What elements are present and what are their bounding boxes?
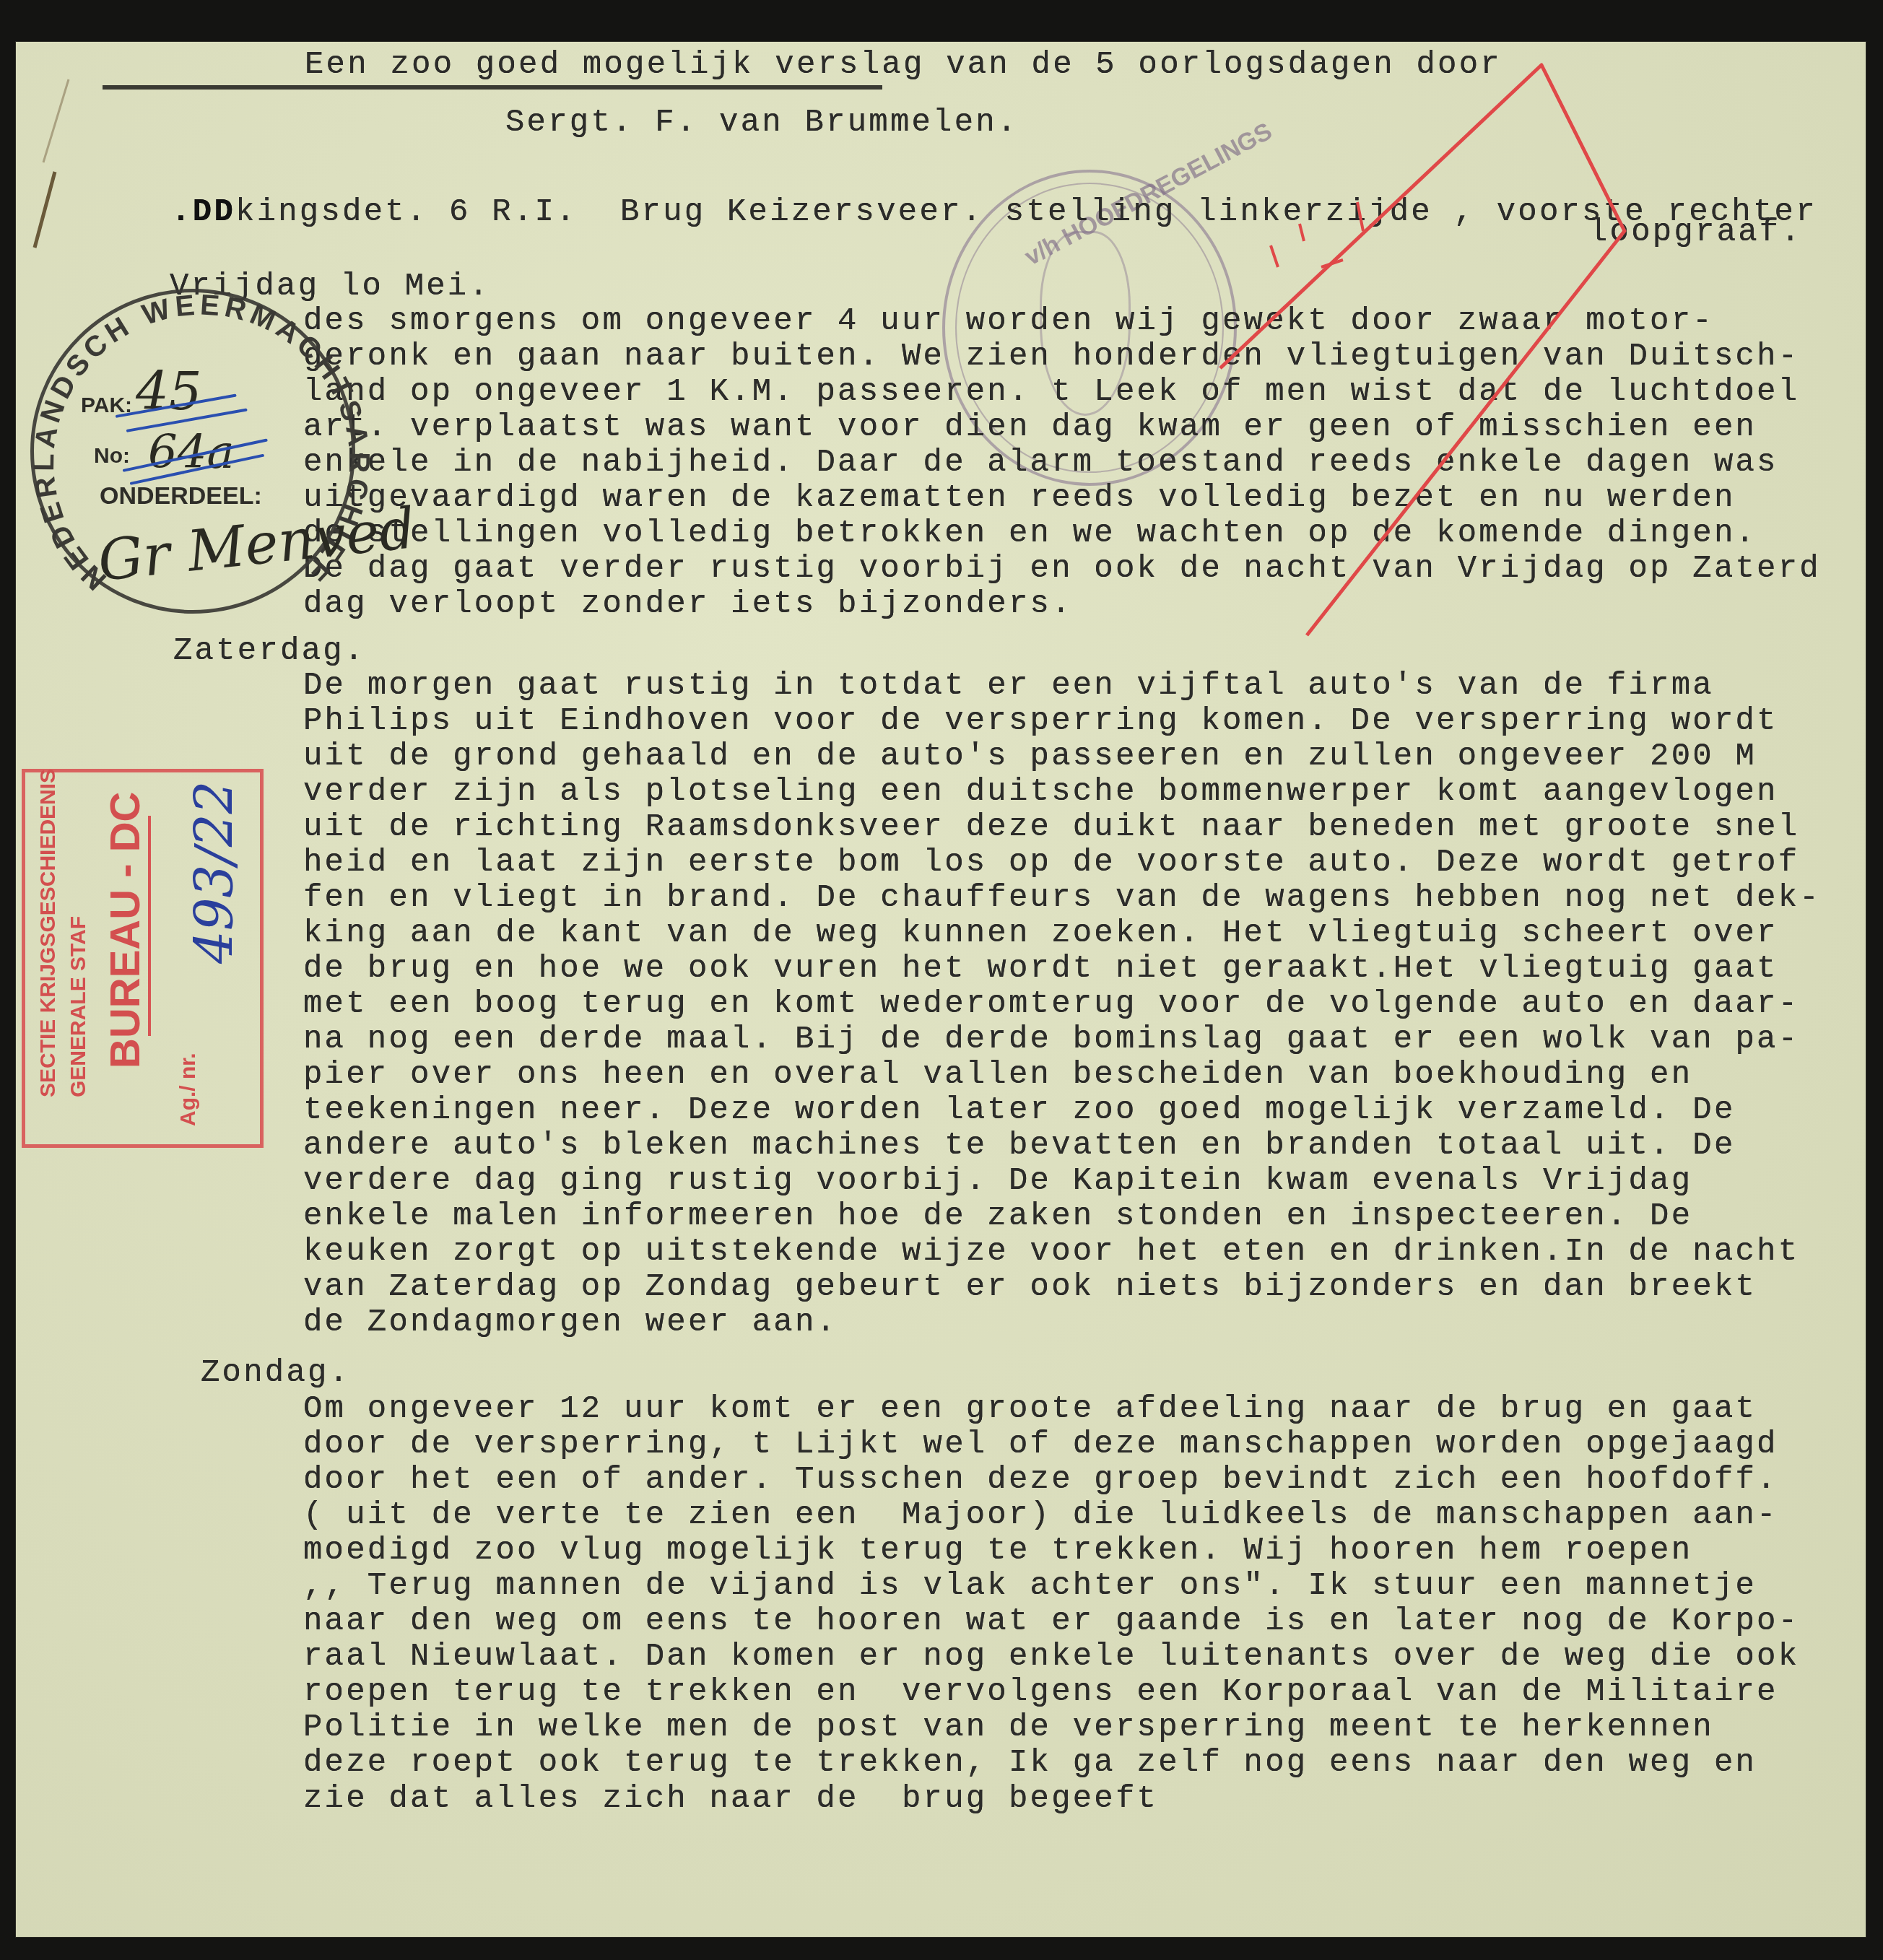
text-line: verdere dag ging rustig voorbij. De Kapi… [303, 1165, 1692, 1197]
bureau-stamp-line-3: BUREAU - DC [101, 792, 149, 1068]
text-line: ,, Terug mannen de vijand is vlak achter… [303, 1570, 1757, 1602]
text-line: heid en laat zijn eerste bom los op de v… [303, 847, 1799, 879]
text-line: de Zondagmorgen weer aan. [303, 1307, 838, 1338]
text-line: met een boog terug en komt wederomterug … [303, 988, 1799, 1020]
section-heading-zaterdag: Zaterdag. [173, 635, 365, 667]
stamp-field-no-label: No: [94, 444, 130, 469]
text-line: van Zaterdag op Zondag gebeurt er ook ni… [303, 1271, 1757, 1303]
top-edge-shadow [103, 85, 882, 90]
text-line: De dag gaat verder rustig voorbij en ook… [303, 553, 1821, 585]
text-line: Philips uit Eindhoven voor de versperrin… [303, 705, 1778, 737]
text-line: raal Nieuwlaat. Dan komen er nog enkele … [303, 1641, 1799, 1673]
text-line: enkele in de nabijheid. Daar de alarm to… [303, 447, 1778, 479]
unit-line: .DDkingsdet. 6 R.I. Brug Keizersveer. st… [129, 165, 1817, 228]
text-line: andere auto's bleken machines te bevatte… [303, 1130, 1736, 1162]
text-line: fen en vliegt in brand. De chauffeurs va… [303, 882, 1821, 914]
text-line: de brug en hoe we ook vuren het wordt ni… [303, 953, 1778, 985]
text-line: pier over ons heen en overal vallen besc… [303, 1059, 1692, 1091]
text-line: zie dat alles zich naar de brug begeeft [303, 1783, 1158, 1815]
unit-text: kingsdet. 6 R.I. Brug Keizersveer. stell… [235, 194, 1817, 230]
stamp-field-onderdeel-label: ONDERDEEL: [100, 482, 262, 510]
text-line: deze roept ook terug te trekken, Ik ga z… [303, 1747, 1757, 1779]
title-line-1: Een zoo goed mogelijk verslag van de 5 o… [305, 49, 1502, 81]
unit-prefix: .DD [171, 194, 235, 230]
text-line: teekeningen neer. Deze worden later zoo … [303, 1094, 1736, 1126]
title-line-2: Sergt. F. van Brummelen. [505, 107, 1019, 139]
bureau-stamp-line-1: SECTIE KRIJGSGESCHIEDENIS [36, 769, 61, 1097]
unit-line-2: loopgraaf. [1588, 217, 1802, 248]
text-line: des smorgens om ongeveer 4 uur worden wi… [303, 305, 1714, 337]
text-line: verder zijn als plotseling een duitsche … [303, 776, 1778, 808]
text-line: dag verloopt zonder iets bijzonders. [303, 588, 1073, 620]
text-line: geronk en gaan naar buiten. We zien hond… [303, 341, 1799, 373]
text-line: door de versperring, t Lijkt wel of deze… [303, 1429, 1778, 1460]
bureau-stamp-divider [148, 816, 151, 1036]
text-line: keuken zorgt op uitstekende wijze voor h… [303, 1236, 1799, 1268]
text-line: roepen terug te trekken en vervolgens ee… [303, 1676, 1778, 1708]
text-line: enkele malen informeeren hoe de zaken st… [303, 1201, 1692, 1232]
section-heading-zondag: Zondag. [201, 1357, 350, 1389]
text-line: na nog een derde maal. Bij de derde bomi… [303, 1024, 1799, 1055]
text-line: uit de richting Raamsdonksveer deze duik… [303, 811, 1799, 843]
text-line: Politie in welke men de post van de vers… [303, 1712, 1714, 1743]
text-line: king aan de kant van de weg kunnen zoeke… [303, 918, 1778, 949]
text-line: Om ongeveer 12 uur komt er een groote af… [303, 1393, 1757, 1425]
text-line: de stellingen volledig betrokken en we w… [303, 518, 1757, 549]
text-line: moedigd zoo vlug mogelijk terug te trekk… [303, 1535, 1692, 1567]
text-line: door het een of ander. Tusschen deze gro… [303, 1464, 1778, 1496]
bureau-stamp-handwritten-number: 493/22 [184, 781, 245, 964]
text-line: De morgen gaat rustig in totdat er een v… [303, 670, 1714, 702]
bureau-stamp-line-2: GENERALE STAF [66, 916, 91, 1097]
text-line: art. verplaatst was want voor dien dag k… [303, 411, 1757, 443]
text-line: uit de grond gehaald en de auto's passee… [303, 741, 1757, 772]
text-line: ( uit de verte te zien een Majoor) die l… [303, 1499, 1778, 1531]
text-line: uitgevaardigd waren de kazematten reeds … [303, 482, 1736, 514]
bureau-stamp-number-prefix: Ag./ nr. [176, 1053, 201, 1126]
text-line: land op ongeveer 1 K.M. passeeren. t Lee… [303, 376, 1799, 408]
text-line: naar den weg om eens te hooren wat er ga… [303, 1606, 1799, 1637]
